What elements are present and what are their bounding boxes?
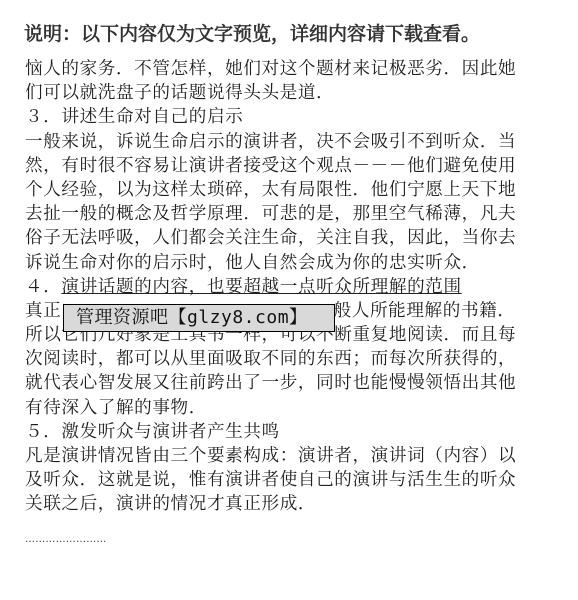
section-heading-4: ４．演讲话题的内容，也要超越一点听众所理解的范围 [25, 275, 555, 299]
paragraph-line: 诉说生命对你的启示时，他人自然会成为你的忠实听众． [25, 251, 555, 275]
section-heading-5: ５．激发听众与演讲者产生共鸣 [25, 420, 555, 444]
heading-number: ４． [25, 277, 61, 297]
paragraph-line: 凡是演讲情况皆由三个要素构成：演讲者，演讲词（内容）以 [25, 444, 555, 468]
paragraph-line: 去扯一般的概念及哲学原理．可悲的是，那里空气稀薄，凡夫 [25, 202, 555, 226]
section-heading-3: ３．讲述生命对自己的启示 [25, 105, 555, 129]
line-suffix: 一般人所能理解的书籍． [315, 301, 515, 321]
paragraph-line: 及听众．这就是说，惟有演讲者使自己的演讲与活生生的听众 [25, 468, 555, 492]
paragraph-line: 然，有时很不容易让演讲者接受这个观点－－－他们避免使用 [25, 154, 555, 178]
paragraph-line: 们可以就洗盘子的话题说得头头是道． [25, 81, 555, 105]
paragraph-line: 一般来说，诉说生命启示的演讲者，决不会吸引不到听众．当 [25, 130, 555, 154]
line-prefix: 真正 [25, 301, 61, 321]
paragraph-line: 有待深入了解的事物． [25, 396, 555, 420]
paragraph-line: 次阅读时，都可以从里面吸取不同的东西；而每次所获得的， [25, 347, 555, 371]
paragraph-line: 恼人的家务．不管怎样，她们对这个题材来记极恶劣．因此她 [25, 57, 555, 81]
paragraph-line: 就代表心智发展又往前跨出了一步，同时也能慢慢领悟出其他 [25, 371, 555, 395]
preview-notice: 说明：以下内容仅为文字预览，详细内容请下载查看。 [24, 19, 480, 46]
paragraph-line: 俗子无法呼吸，人们都会关注生命，关注自我，因此，当你去 [25, 226, 555, 250]
truncation-ellipsis: …………………… [25, 534, 107, 545]
paragraph-line: 个人经验，以为这样太琐碎，太有局限性．他们宁愿上天下地 [25, 178, 555, 202]
document-body: 恼人的家务．不管怎样，她们对这个题材来记极恶劣．因此她 们可以就洗盘子的话题说得… [25, 57, 555, 517]
paragraph-line: 关联之后，演讲的情况才真正形成． [25, 492, 555, 516]
watermark-banner: 管理资源吧【glzy8.com】 [63, 304, 335, 332]
heading-text: 演讲话题的内容，也要超越一点听众所理解的范围 [61, 277, 461, 297]
